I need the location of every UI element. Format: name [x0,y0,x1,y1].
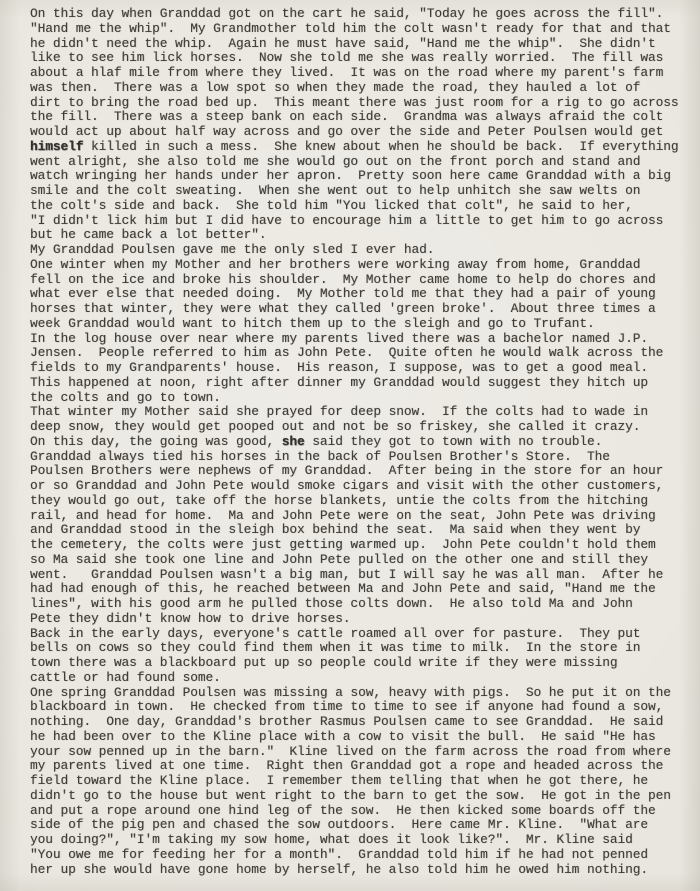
text-line: That winter my Mother said she prayed fo… [30,405,694,420]
text-line: fell on the ice and broke his shoulder. … [30,273,694,288]
text-line: week Granddad would want to hitch them u… [30,317,694,332]
text-line: was then. There was a low spot so when t… [30,81,694,96]
text-line: dirt to bring the road bed up. This mean… [30,96,694,111]
text-line: he didn't need the whip. Again he must h… [30,37,694,52]
text-line: deep snow, they would get pooped out and… [30,420,694,435]
text-line: and Granddad stood in the sleigh box beh… [30,523,694,538]
text-line: Back in the early days, everyone's cattl… [30,627,694,642]
text-line: the fill. There was a steep bank on each… [30,110,694,125]
text-line: One winter when my Mother and her brothe… [30,258,694,273]
text-line: blackboard in town. He checked from time… [30,700,694,715]
text-line: smile and the colt sweating. When she we… [30,184,694,199]
text-line: so Ma said she took one line and John Pe… [30,553,694,568]
text-line: "I didn't lick him but I did have to enc… [30,214,694,229]
text-line: rail, and head for home. Ma and John Pet… [30,509,694,524]
text-line: you doing?", "I'm taking my sow home, wh… [30,833,694,848]
page-text: On this day when Granddad got on the car… [30,7,694,877]
text-line: and put a rope around one hind leg of th… [30,804,694,819]
text-line: himself killed in such a mess. She knew … [30,140,694,155]
text-line: horses that winter, they were what they … [30,302,694,317]
overstruck-word: she [282,434,305,449]
text-line: had had enough of this, he reached betwe… [30,582,694,597]
text-line: nothing. One day, Granddad's brother Ras… [30,715,694,730]
text-line: This happened at noon, right after dinne… [30,376,694,391]
text-line: Granddad always tied his horses in the b… [30,450,694,465]
typewritten-page: On this day when Granddad got on the car… [0,0,700,891]
text-line: town there was a blackboard put up so pe… [30,656,694,671]
text-line: On this day when Granddad got on the car… [30,7,694,22]
text-line: bells on cows so they could find them wh… [30,641,694,656]
text-line: the colts and go to town. [30,391,694,406]
text-line: would act up about half way across and g… [30,125,694,140]
text-line: went. Granddad Poulsen wasn't a big man,… [30,568,694,583]
text-line: your sow penned up in the barn." Kline l… [30,745,694,760]
text-line: cattle or had found some. [30,671,694,686]
text-line: they would go out, take off the horse bl… [30,494,694,509]
text-line: the colt's side and back. She told him "… [30,199,694,214]
text-line: her up she would have gone home by herse… [30,863,694,878]
text-line: went alright, she also told me she would… [30,155,694,170]
text-line: "You owe me for feeding her for a month"… [30,848,694,863]
text-line: like to see him lick horses. Now she tol… [30,51,694,66]
overstruck-word: himself [30,139,83,154]
text-line: side of the pig pen and chased the sow o… [30,818,694,833]
text-line: Poulsen Brothers were nephews of my Gran… [30,464,694,479]
text-line: fields to my Grandparents' house. His re… [30,361,694,376]
text-line: didn't go to the house but went right to… [30,789,694,804]
text-line: the cemetery, the colts were just gettin… [30,538,694,553]
text-line: In the log house over near where my pare… [30,332,694,347]
text-line: or so Granddad and John Pete would smoke… [30,479,694,494]
text-line: One spring Granddad Poulsen was missing … [30,686,694,701]
text-line: he had been over to the Kline place with… [30,730,694,745]
text-line: field toward the Kline place. I remember… [30,774,694,789]
text-line: "Hand me the whip". My Grandmother told … [30,22,694,37]
text-line: watch wringing her hands under her apron… [30,169,694,184]
text-line: what ever else that needed doing. My Mot… [30,287,694,302]
text-line: my parents lived at one time. Right then… [30,759,694,774]
text-line: lines", with his good arm he pulled thos… [30,597,694,612]
text-line: Jensen. People referred to him as John P… [30,346,694,361]
text-line: Pete they didn't know how to drive horse… [30,612,694,627]
text-line: On this day, the going was good, she sai… [30,435,694,450]
text-line: My Granddad Poulsen gave me the only sle… [30,243,694,258]
text-line: but he came back a lot better". [30,228,694,243]
text-line: about a hlaf mile from where they lived.… [30,66,694,81]
